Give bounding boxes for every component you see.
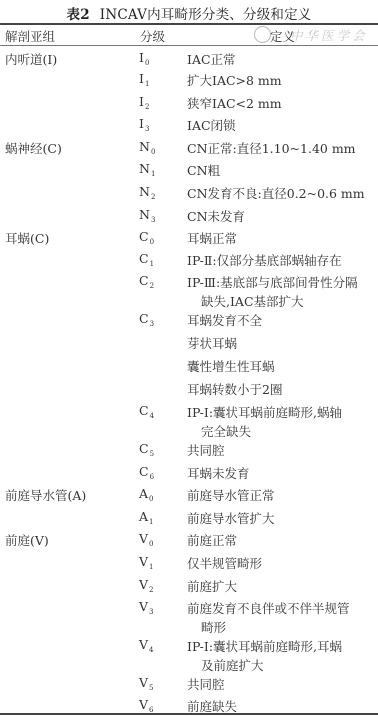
- cell-definition: CN粗: [187, 161, 377, 180]
- grade-subscript: 2: [145, 103, 149, 111]
- definition-text: 前庭导水管扩大: [187, 511, 275, 526]
- cell-grade: I0: [139, 50, 149, 67]
- definition-text: CN未发育: [187, 209, 245, 224]
- grade-subscript: 2: [149, 586, 153, 594]
- grade-subscript: 5: [150, 450, 154, 458]
- grade-letter: V: [139, 637, 148, 652]
- cell-grade: I3: [139, 116, 149, 133]
- grade-letter: N: [139, 184, 150, 199]
- grade-letter: C: [139, 251, 149, 266]
- cell-definition: 前庭扩大: [187, 577, 377, 596]
- cell-anatomical-subgroup: 耳蜗(C): [5, 229, 49, 247]
- grade-subscript: 0: [149, 495, 153, 503]
- cell-definition: 前庭导水管正常: [187, 486, 377, 505]
- table-title: INCAV内耳畸形分类、分级和定义: [100, 7, 312, 23]
- cell-anatomical-subgroup: 前庭导水管(A): [5, 486, 86, 504]
- grade-letter: C: [139, 441, 149, 456]
- definition-continuation: 及前庭扩大: [187, 656, 377, 675]
- cell-definition: 前庭导水管扩大: [187, 509, 377, 528]
- grade-letter: V: [139, 599, 148, 614]
- definition-continuation: 畸形: [187, 618, 377, 637]
- cell-grade: V4: [139, 637, 154, 654]
- cell-grade: [139, 357, 140, 374]
- cell-definition: IAC正常: [187, 50, 377, 69]
- grade-letter: C: [139, 464, 149, 479]
- cell-definition: IP-Ⅰ:囊状耳蜗前庭畸形,蜗轴完全缺失: [187, 403, 377, 441]
- cell-definition: 狭窄IAC<2 mm: [187, 94, 377, 113]
- grade-letter: I: [139, 50, 144, 65]
- cell-grade: N2: [139, 184, 155, 201]
- definition-text: 前庭扩大: [187, 579, 237, 594]
- cell-definition: 仅半规管畸形: [187, 554, 377, 573]
- definition-text: 前庭发育不良伴或不伴半规管: [187, 601, 350, 616]
- cell-grade: N1: [139, 161, 155, 178]
- grade-letter: C: [139, 229, 149, 244]
- definition-text: 仅半规管畸形: [187, 556, 262, 571]
- cell-grade: N3: [139, 207, 155, 224]
- cell-definition: CN正常:直径1.10~1.40 mm: [187, 139, 377, 158]
- table-number: 表2: [67, 7, 90, 23]
- definition-text: 狭窄IAC<2 mm: [187, 96, 282, 111]
- cell-definition: 耳蜗正常: [187, 229, 377, 248]
- definition-text: 共同腔: [187, 443, 225, 458]
- grade-subscript: 3: [150, 320, 154, 328]
- grade-subscript: 4: [149, 646, 153, 654]
- definition-text: 前庭缺失: [187, 699, 237, 714]
- cell-definition: 耳蜗发育不全: [187, 311, 377, 330]
- cell-definition: 共同腔: [187, 675, 377, 694]
- grade-subscript: 4: [150, 412, 154, 420]
- cell-grade: C6: [139, 464, 154, 481]
- cell-definition: 共同腔: [187, 441, 377, 460]
- cell-definition: 前庭发育不良伴或不伴半规管畸形: [187, 599, 377, 637]
- grade-letter: I: [139, 94, 144, 109]
- grade-letter: N: [139, 161, 150, 176]
- definition-text: 耳蜗正常: [187, 231, 237, 246]
- grade-letter: V: [139, 531, 148, 546]
- definition-text: 芽状耳蜗: [187, 336, 237, 351]
- definition-text: CN正常:直径1.10~1.40 mm: [187, 141, 356, 156]
- cell-grade: C4: [139, 403, 154, 420]
- cell-anatomical-subgroup: 蜗神经(C): [5, 139, 62, 157]
- cell-grade: C0: [139, 229, 154, 246]
- cell-grade: C2: [139, 273, 154, 290]
- header-grade: 分级: [140, 27, 165, 45]
- table-header: 解剖亚组 分级 定义: [0, 25, 378, 45]
- cell-grade: A1: [139, 509, 154, 526]
- header-definition: 定义: [270, 27, 295, 45]
- grade-subscript: 3: [151, 216, 155, 224]
- definition-text: 耳蜗发育不全: [187, 313, 262, 328]
- grade-subscript: 0: [149, 540, 153, 548]
- grade-letter: N: [139, 207, 150, 222]
- definition-continuation: 缺失,IAC基部扩大: [187, 292, 377, 311]
- cell-grade: I1: [139, 71, 149, 88]
- cell-grade: C5: [139, 441, 154, 458]
- cell-grade: V3: [139, 599, 154, 616]
- definition-continuation: 完全缺失: [187, 422, 377, 441]
- grade-subscript: 3: [145, 125, 149, 133]
- grade-letter: A: [139, 509, 148, 524]
- grade-subscript: 6: [150, 473, 154, 481]
- cell-grade: V6: [139, 697, 154, 714]
- grade-letter: I: [139, 116, 144, 131]
- cell-definition: 芽状耳蜗: [187, 334, 377, 353]
- cell-grade: I2: [139, 94, 149, 111]
- definition-text: 共同腔: [187, 677, 225, 692]
- cell-definition: 耳蜗转数小于2圈: [187, 380, 377, 399]
- definition-text: IAC闭锁: [187, 118, 236, 133]
- definition-text: 耳蜗未发育: [187, 466, 250, 481]
- cell-definition: 扩大IAC>8 mm: [187, 71, 377, 90]
- cell-definition: CN发育不良:直径0.2~0.6 mm: [187, 184, 377, 203]
- table-caption: 表2INCAV内耳畸形分类、分级和定义: [0, 3, 378, 23]
- cell-grade: V5: [139, 675, 154, 692]
- cell-grade: V1: [139, 554, 154, 571]
- grade-letter: C: [139, 273, 149, 288]
- cell-definition: CN未发育: [187, 207, 377, 226]
- definition-text: 囊性增生性耳蜗: [187, 359, 275, 374]
- grade-subscript: 1: [149, 563, 153, 571]
- grade-letter: V: [139, 554, 148, 569]
- grade-letter: I: [139, 71, 144, 86]
- header-anatomical-subgroup: 解剖亚组: [5, 27, 55, 45]
- cell-definition: IP-Ⅱ:仅部分基底部蜗轴存在: [187, 251, 377, 270]
- grade-letter: C: [139, 311, 149, 326]
- grade-subscript: 2: [151, 193, 155, 201]
- definition-text: IP-Ⅰ:囊状耳蜗前庭畸形,蜗轴: [187, 405, 342, 420]
- cell-definition: 耳蜗未发育: [187, 464, 377, 483]
- grade-letter: N: [139, 139, 150, 154]
- definition-text: 扩大IAC>8 mm: [187, 73, 282, 88]
- grade-subscript: 0: [145, 59, 149, 67]
- definition-text: CN发育不良:直径0.2~0.6 mm: [187, 186, 365, 201]
- bottom-rule: [0, 713, 378, 715]
- grade-subscript: 1: [150, 260, 154, 268]
- grade-letter: C: [139, 403, 149, 418]
- cell-grade: C3: [139, 311, 154, 328]
- definition-text: IP-Ⅰ:囊状耳蜗前庭畸形,耳蜗: [187, 639, 342, 654]
- grade-subscript: 0: [151, 148, 155, 156]
- grade-subscript: 1: [151, 170, 155, 178]
- cell-grade: V0: [139, 531, 154, 548]
- definition-text: IAC正常: [187, 52, 236, 67]
- cell-anatomical-subgroup: 前庭(V): [5, 531, 49, 549]
- grade-letter: V: [139, 577, 148, 592]
- grade-subscript: 3: [149, 608, 153, 616]
- definition-text: IP-Ⅱ:仅部分基底部蜗轴存在: [187, 253, 342, 268]
- header-rule: [0, 45, 378, 46]
- cell-definition: 前庭正常: [187, 531, 377, 550]
- cell-definition: IAC闭锁: [187, 116, 377, 135]
- cell-grade: V2: [139, 577, 154, 594]
- definition-text: 耳蜗转数小于2圈: [187, 382, 282, 397]
- cell-grade: A0: [139, 486, 154, 503]
- cell-grade: N0: [139, 139, 155, 156]
- definition-text: 前庭正常: [187, 533, 237, 548]
- grade-letter: V: [139, 697, 148, 712]
- grade-letter: A: [139, 486, 148, 501]
- definition-text: CN粗: [187, 163, 220, 178]
- grade-subscript: 0: [150, 238, 154, 246]
- cell-grade: [139, 380, 140, 397]
- definition-text: 前庭导水管正常: [187, 488, 275, 503]
- cell-definition: IP-Ⅰ:囊状耳蜗前庭畸形,耳蜗及前庭扩大: [187, 637, 377, 675]
- cell-definition: IP-Ⅲ:基底部与底部间骨性分隔缺失,IAC基部扩大: [187, 273, 377, 311]
- grade-letter: V: [139, 675, 148, 690]
- grade-subscript: 5: [149, 684, 153, 692]
- grade-subscript: 2: [150, 282, 154, 290]
- cell-definition: 囊性增生性耳蜗: [187, 357, 377, 376]
- cell-anatomical-subgroup: 内听道(I): [5, 50, 57, 68]
- cell-grade: [139, 334, 140, 351]
- cell-grade: C1: [139, 251, 154, 268]
- grade-subscript: 1: [149, 518, 153, 526]
- grade-subscript: 1: [145, 80, 149, 88]
- definition-text: IP-Ⅲ:基底部与底部间骨性分隔: [187, 275, 358, 290]
